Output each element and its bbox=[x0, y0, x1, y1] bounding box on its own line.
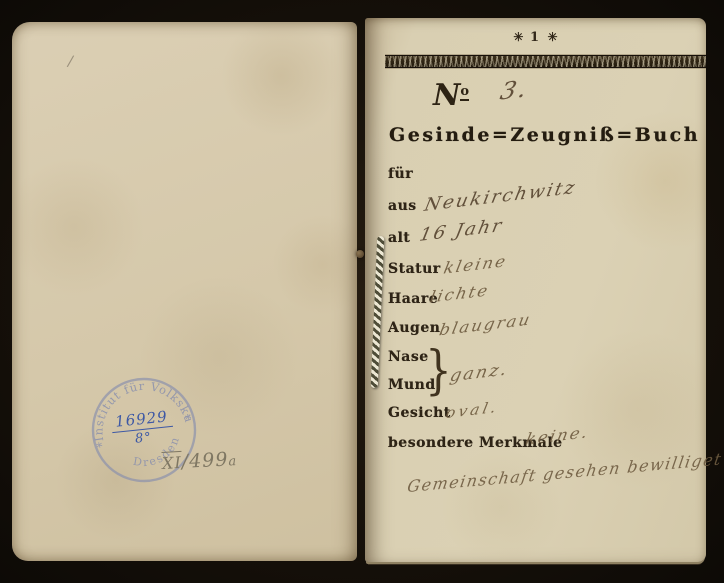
shelfmark-suffix: a bbox=[228, 454, 238, 469]
field-label-statur: Statur bbox=[388, 261, 441, 277]
document-number-value: 3. bbox=[498, 74, 531, 105]
right-page: ✳ 1 ✳ No 3. Gesinde=Zeugniß=Buch für aus… bbox=[365, 18, 706, 562]
numero-n: N bbox=[433, 78, 459, 113]
ornamental-band bbox=[385, 55, 706, 68]
fleuron-left-icon: ✳ bbox=[513, 30, 523, 44]
field-label-gesicht: Gesicht bbox=[388, 405, 451, 421]
left-page: ∕ Institut für Volkskunde Dresden * * 16… bbox=[12, 22, 357, 561]
document-number-label: No bbox=[433, 78, 469, 113]
brace-icon: } bbox=[425, 345, 451, 397]
field-row-haare: Haare bbox=[365, 291, 706, 315]
field-label-augen: Augen bbox=[388, 320, 440, 336]
field-row-statur: Statur bbox=[365, 261, 706, 285]
book-title: Gesinde=Zeugniß=Buch bbox=[389, 124, 699, 146]
numero-o: o bbox=[460, 84, 469, 101]
page-number: 1 bbox=[530, 30, 541, 45]
field-label-aus: aus bbox=[388, 198, 417, 214]
binding-knot-icon bbox=[356, 250, 364, 258]
field-row-augen: Augen bbox=[365, 320, 706, 344]
stamp-star-left-icon: * bbox=[95, 440, 104, 455]
field-row-gesicht: Gesicht bbox=[365, 405, 706, 429]
field-row-mund: Mund bbox=[365, 377, 706, 401]
fleuron-right-icon: ✳ bbox=[548, 30, 558, 44]
pencil-shelfmark: XI/499a bbox=[161, 448, 237, 474]
stamp-accession: 16929 8° bbox=[110, 407, 174, 449]
shelfmark-number: 499 bbox=[189, 449, 229, 473]
page-header: ✳ 1 ✳ bbox=[365, 30, 706, 45]
field-row-nase: Nase bbox=[365, 349, 706, 373]
field-label-fuer: für bbox=[388, 166, 413, 182]
shelfmark-roman: XI bbox=[161, 451, 182, 473]
field-label-alt: alt bbox=[388, 230, 410, 246]
field-row-alt: alt bbox=[365, 230, 706, 254]
pencil-tick-mark: ∕ bbox=[66, 52, 75, 71]
field-label-nase: Nase bbox=[388, 349, 429, 365]
